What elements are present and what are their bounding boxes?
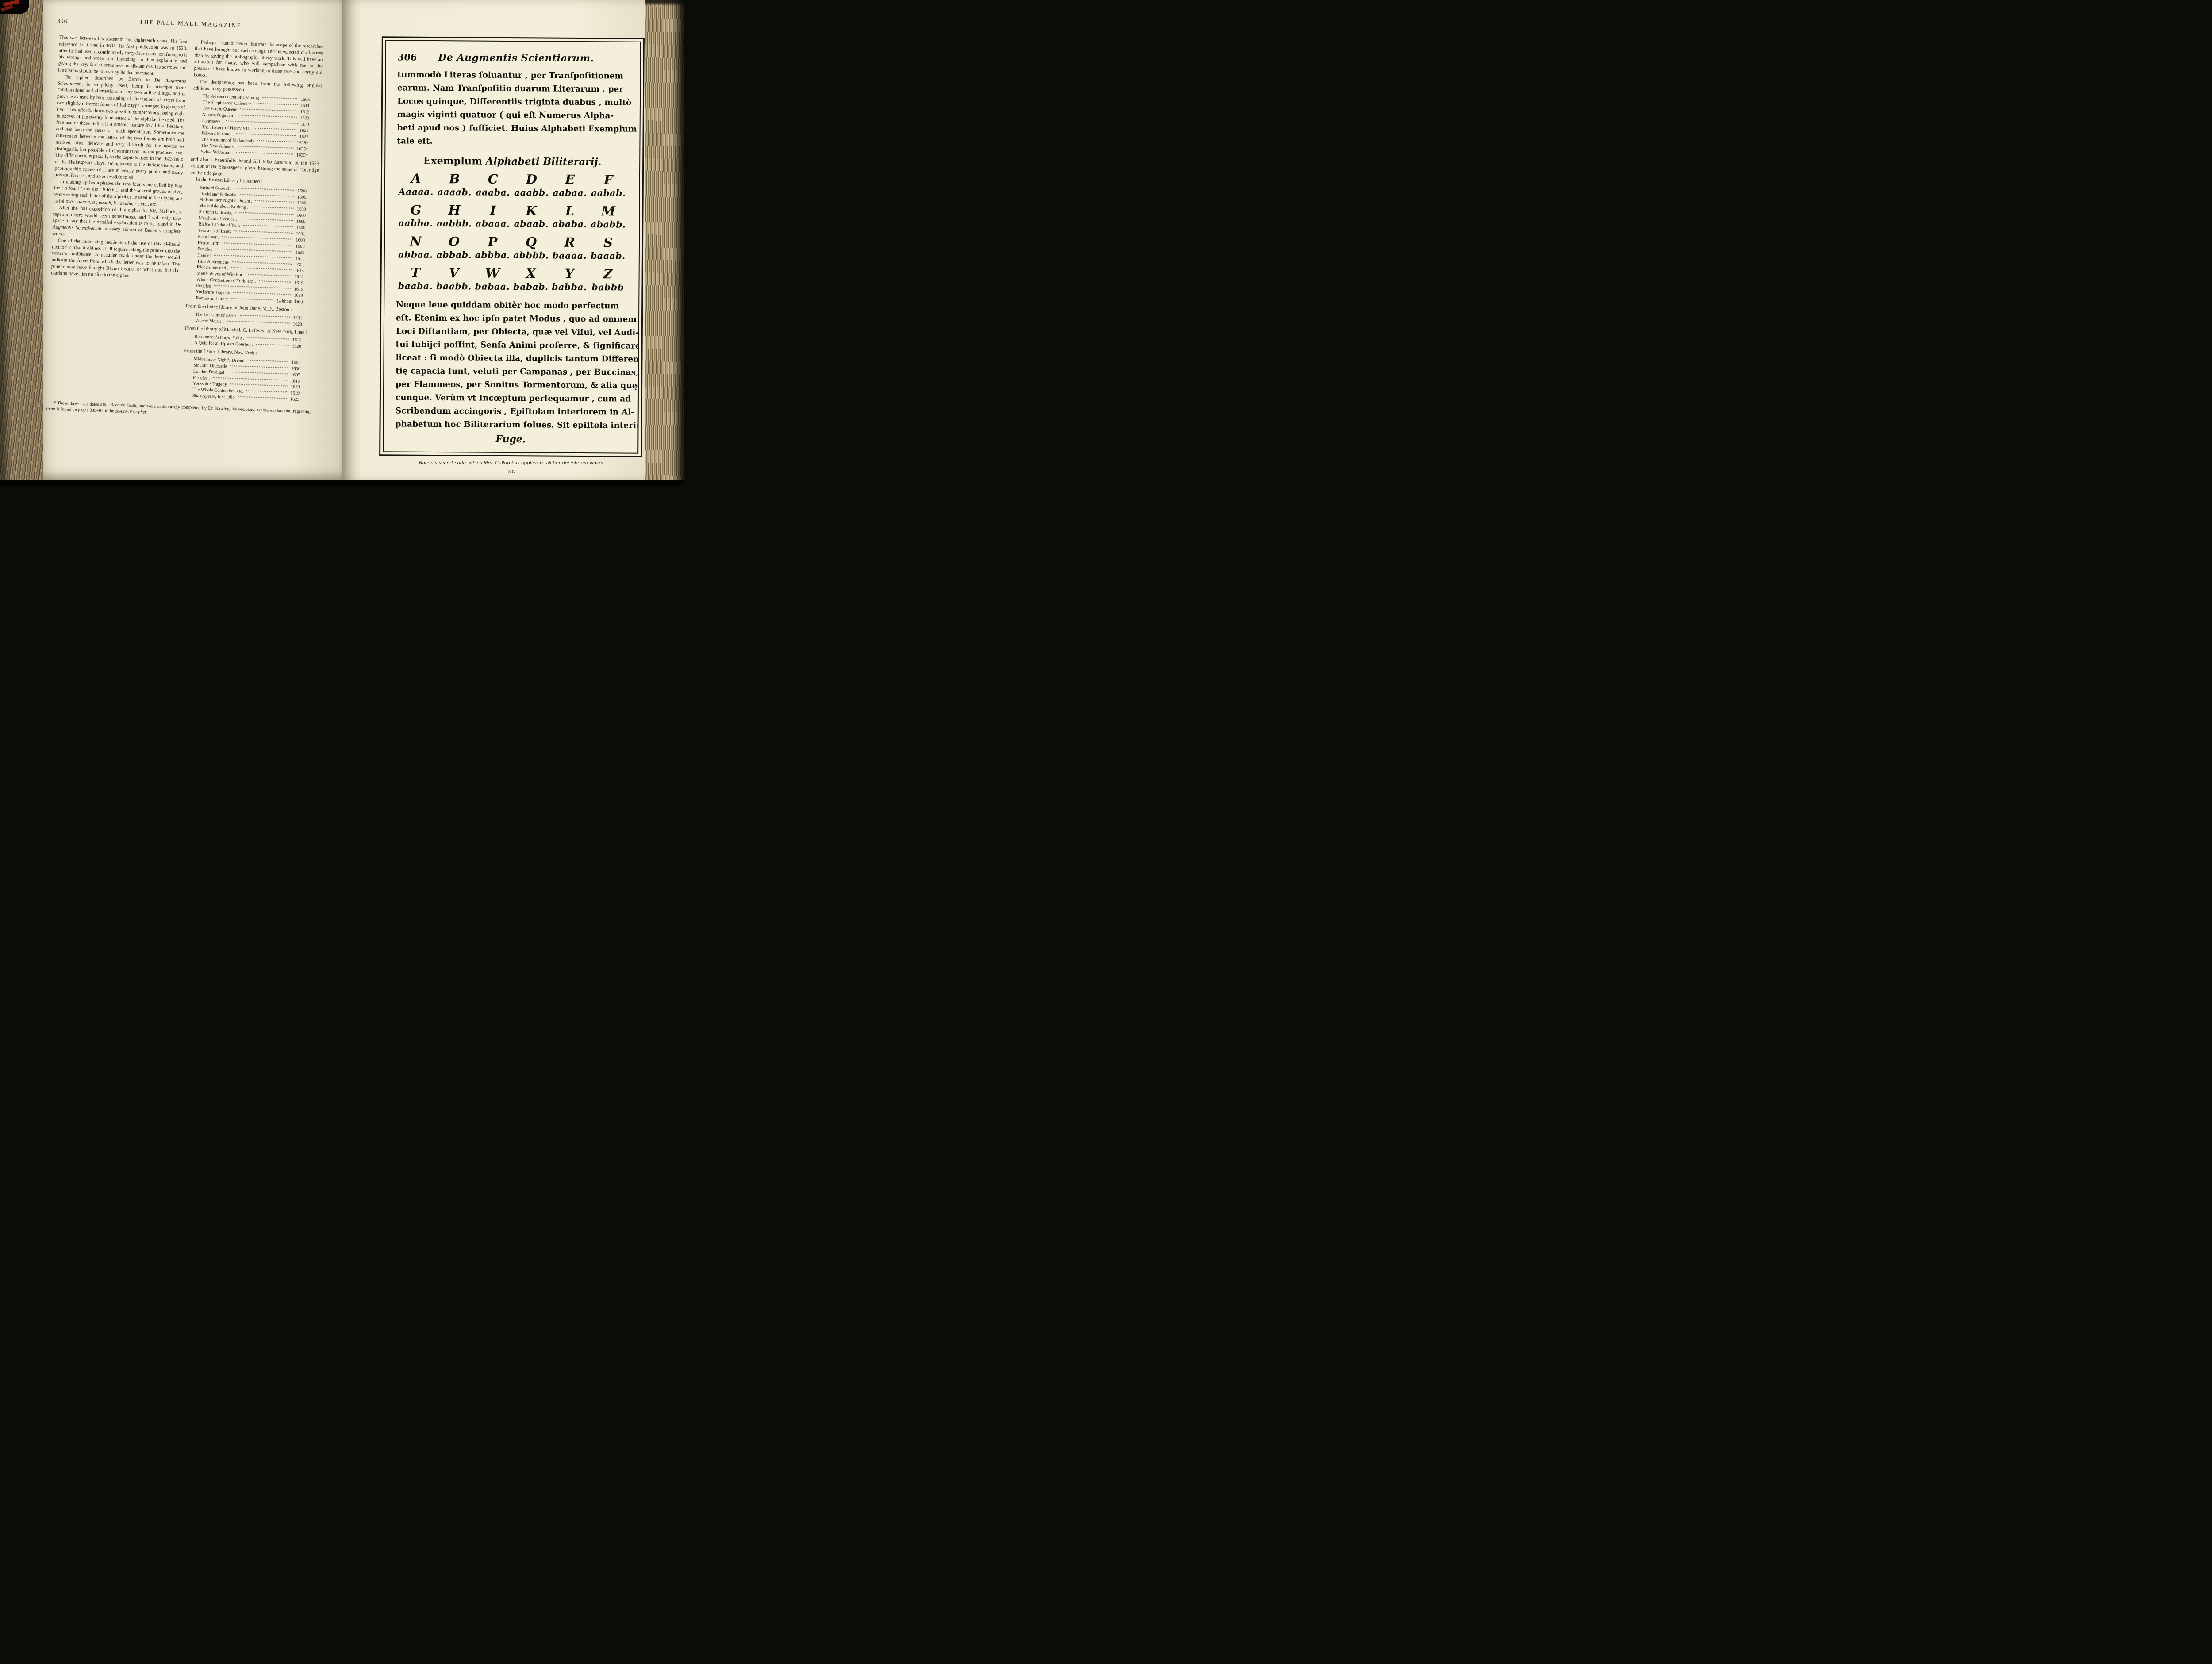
dot-leader — [230, 365, 288, 368]
facsimile-line: beti apud nos ) ſufficiet. Huius Alphabe… — [397, 121, 628, 136]
dot-leader — [223, 242, 292, 246]
facsimile-line: tale eſt. — [397, 134, 628, 149]
cipher-letter: I — [473, 203, 512, 218]
dot-leader — [213, 377, 288, 380]
running-head: THE PALL MALL MAGAZINE. — [60, 16, 324, 32]
alphabet-cell: B aaaab. — [435, 172, 474, 199]
cipher-letter: C — [474, 172, 512, 187]
page-edge-right — [645, 0, 684, 481]
book-year: 1623 — [293, 321, 302, 328]
alphabet-cell: R baaaa. — [550, 235, 589, 262]
left-page-content: 396 THE PALL MALL MAGAZINE. This was bet… — [28, 0, 342, 426]
book-year: 1600 — [296, 225, 305, 232]
cipher-code: baaba. — [396, 280, 434, 292]
alphabet-cell: H aabbb. — [435, 203, 473, 230]
book-year: 1601 — [296, 231, 305, 238]
book-year: 1619 — [291, 384, 300, 391]
book-year: 1619 — [290, 391, 300, 397]
cipher-letter: V — [435, 266, 473, 281]
facsimile-page-number: 306 — [397, 51, 418, 62]
alphabet-cell: W babaa. — [473, 266, 511, 293]
cipher-code: abbaa. — [396, 249, 435, 261]
facsimile-line: tię capacia ſunt, veluti per Campanas , … — [396, 364, 626, 379]
cipher-code: abaaa. — [473, 218, 512, 230]
cipher-letter: N — [396, 234, 435, 249]
facsimile-line: cunque. Verùm vt Incœptum perſequamur , … — [396, 391, 626, 406]
dot-leader — [240, 219, 293, 221]
book-year: 1619 — [291, 378, 300, 385]
dot-leader — [215, 248, 292, 252]
facsimile-paragraph-2: Neque leue quiddam obitèr hoc modo perfe… — [395, 298, 627, 432]
facsimile-header: 306 De Augmentis Scientiarum. — [398, 51, 629, 64]
book-year: 1613 — [300, 109, 309, 116]
facsimile-line: liceat : ſi modò Obiecta illa, duplicis … — [396, 351, 626, 366]
cipher-letter: T — [396, 265, 435, 280]
cipher-code: abbab. — [435, 249, 473, 261]
cipher-letter: P — [473, 234, 512, 249]
cipher-code: Aaaaa. — [397, 186, 435, 198]
dot-leader — [255, 200, 294, 203]
bibliography-list-dane: The Treasons of Essex 1601 Vitæ et Morti… — [195, 311, 302, 327]
book-year: 1622 — [300, 128, 309, 134]
dot-leader — [233, 292, 291, 295]
dot-leader — [227, 320, 290, 323]
dot-leader — [214, 285, 291, 289]
cipher-letter: Y — [550, 267, 589, 282]
alphabet-cell: S baaab. — [589, 235, 627, 262]
cipher-code: aaaab. — [435, 186, 474, 199]
alphabet-cell: C aaaba. — [474, 172, 512, 199]
cipher-letter: Z — [589, 267, 627, 282]
text-column-2: Perhaps I cannot better illustrate the s… — [182, 39, 323, 405]
cipher-code: aabbb. — [435, 218, 473, 230]
alphabet-cell: M ababb. — [589, 204, 627, 231]
book-year: 1601 — [293, 315, 302, 322]
cipher-code: aaaba. — [474, 186, 512, 199]
alphabet-cell: O abbab. — [435, 234, 473, 261]
alphabet-cell: N abbaa. — [396, 234, 435, 261]
text-column-1: This was between his sixteenth and eight… — [47, 35, 188, 401]
book-year: 1605 — [291, 372, 300, 379]
alphabet-cell: Z babbb — [588, 267, 627, 294]
facsimile-line: magis viginti quatuor ( qui eſt Numerus … — [397, 108, 628, 123]
dot-leader — [237, 146, 294, 148]
book-year: 1600 — [296, 219, 306, 226]
book-year: 1600 — [291, 366, 300, 372]
book-year: 1635* — [296, 152, 308, 159]
cipher-letter: S — [589, 235, 627, 250]
dot-leader — [214, 254, 292, 258]
alphabet-cell: Y babba. — [550, 267, 588, 294]
facsimile-line: earum. Nam Tranſpoſitio duarum Literarum… — [397, 81, 628, 96]
paragraph: The cipher, described by Bacon in De Aug… — [54, 73, 186, 183]
book-year: 1623 — [290, 397, 300, 403]
book-year: 1615 — [295, 268, 304, 275]
dot-leader — [246, 274, 292, 276]
dot-leader — [255, 128, 296, 130]
alphabet-cell: D aaabb. — [512, 172, 551, 199]
cipher-letter: K — [512, 203, 550, 219]
dot-leader — [243, 225, 293, 227]
fuge-word: Fuge. — [395, 433, 626, 445]
cipher-letter: X — [512, 266, 550, 281]
facsimile-line: Neque leue quiddam obitèr hoc modo perfe… — [396, 298, 627, 313]
facsimile-line: Scribendum accingoris , Epiſtolam interi… — [396, 404, 626, 419]
dot-leader — [231, 298, 274, 300]
book-title: Pericles . — [193, 375, 210, 381]
cipher-code: abaab. — [512, 218, 550, 230]
facsimile-frame: 306 De Augmentis Scientiarum. tummodò Li… — [379, 36, 645, 457]
page-header: 396 THE PALL MALL MAGAZINE. — [60, 16, 324, 38]
alphabet-row-1: A Aaaaa. B aaaab. C aaaba. — [397, 171, 628, 199]
alphabet-cell: F aabab. — [589, 173, 628, 199]
cipher-code: abbbb. — [512, 249, 550, 262]
cipher-code: aabab. — [589, 187, 628, 199]
bibliography-list-boston: Richard Second . 1598 David and Bethsabe… — [196, 184, 307, 305]
bibliography-list-lefferts: Ben Jonson’s Plays, Folio . 1616 A Quip … — [194, 334, 302, 350]
dot-leader — [240, 314, 290, 317]
book-title: Pericles — [196, 283, 211, 290]
book-year: 1619 — [294, 280, 303, 287]
book-year: 1620 — [300, 115, 309, 122]
book-year: 1605 — [300, 97, 310, 104]
alphabet-row-4: T baaba. V baabb. W babaa. — [396, 265, 627, 293]
dot-leader — [256, 344, 289, 346]
left-page: 396 THE PALL MALL MAGAZINE. This was bet… — [43, 0, 342, 481]
book-title: Hamlet — [197, 252, 211, 259]
facsimile-line: per Flammeos, per Sonitus Tormentorum, &… — [396, 378, 626, 392]
dot-leader — [230, 383, 288, 387]
dot-leader — [259, 280, 291, 283]
alphabet-row-3: N abbaa. O abbab. P abbba. — [396, 234, 627, 262]
cipher-code: baaaa. — [550, 250, 589, 262]
cipher-code: baaab. — [589, 250, 627, 262]
dot-leader — [234, 230, 293, 234]
cipher-code: aabaa. — [551, 187, 589, 199]
alphabet-cell: Q abbbb. — [512, 235, 550, 262]
paragraph: One of the interesting incidents of the … — [51, 237, 180, 281]
facsimile-line: eſt. Etenim ex hoc ipſo patet Modus , qu… — [396, 311, 627, 326]
book-title: Sylva Sylvarum . — [201, 149, 233, 156]
alphabet-cell: I abaaa. — [473, 203, 512, 230]
cipher-letter: M — [589, 204, 627, 219]
dot-leader — [250, 360, 288, 362]
alphabet-cell: E aabaa. — [551, 173, 589, 199]
right-page: 306 De Augmentis Scientiarum. tummodò Li… — [342, 0, 645, 481]
book-year: 1608 — [296, 237, 305, 244]
bibliography-list-own-editions: The Advancement of Learning 1605 The She… — [201, 93, 310, 158]
book-year: (without date) — [277, 298, 303, 305]
dot-leader — [232, 261, 292, 264]
book-year: 16:0 — [301, 122, 309, 128]
dot-leader — [257, 103, 298, 105]
alphabet-cell: X babab. — [511, 266, 550, 293]
cipher-code: babaa. — [473, 280, 511, 293]
bibliography-list-lenox: Midsummer Night’s Dream . 1600 Sir John … — [192, 356, 300, 403]
paragraph: Perhaps I cannot better illustrate the s… — [194, 39, 323, 83]
book-year: 1608 — [296, 243, 305, 250]
dot-leader — [251, 207, 294, 209]
alphabet-cell: L ababa. — [550, 204, 589, 231]
book-year: 1622 — [299, 134, 308, 140]
facsimile-title: De Augmentis Scientiarum. — [417, 52, 615, 65]
photo-bottom-band — [0, 480, 684, 486]
paragraph: This was between his sixteenth and eight… — [58, 35, 188, 78]
book-year: 1600 — [291, 360, 300, 366]
dot-leader — [238, 396, 287, 399]
cipher-code: ababb. — [589, 219, 627, 231]
alphabet-cell: K abaab. — [512, 203, 550, 230]
cipher-letter: A — [397, 171, 435, 186]
book-year: 1600 — [296, 213, 306, 219]
cipher-code: ababa. — [550, 219, 589, 231]
book-title: Pericles — [197, 246, 212, 253]
book-year: 1635* — [296, 146, 308, 153]
book-year: 1611 — [295, 262, 304, 268]
dot-leader — [227, 371, 288, 374]
cipher-letter: D — [512, 172, 551, 187]
book-year: 1611 — [295, 256, 304, 262]
cipher-letter: E — [551, 173, 589, 188]
cipher-letter: R — [550, 235, 589, 250]
cipher-code: abbba. — [473, 249, 512, 261]
dot-leader — [247, 337, 289, 340]
alphabet-cell: T baaba. — [396, 265, 434, 292]
dot-leader — [234, 188, 294, 191]
figure-caption: Bacon’s secret code, which Mrs. Gallup h… — [380, 460, 643, 466]
book-year: 1620 — [292, 344, 301, 350]
cipher-code: babab. — [511, 281, 550, 293]
paragraph: In making up his alphabet the two founts… — [54, 178, 183, 209]
cipher-letter: G — [396, 203, 435, 218]
dot-leader — [240, 109, 297, 111]
book-title: Romeo and Juliet — [196, 295, 228, 303]
facsimile-line: tui ſubijci poſſint, Senſa Animi proferr… — [396, 338, 627, 353]
book-year: 1619 — [294, 287, 303, 293]
cipher-code: babbb — [588, 281, 627, 294]
facsimile-line: Loci Diſtantiam, per Obiecta, quæ vel Vi… — [396, 325, 627, 339]
dot-leader — [257, 140, 294, 142]
cipher-letter: O — [435, 234, 473, 249]
book-year: 1599 — [297, 194, 307, 201]
page-number: 397 — [380, 469, 643, 475]
alphabet-cell: A Aaaaa. — [397, 171, 435, 198]
book-spread-photo: 396 THE PALL MALL MAGAZINE. This was bet… — [0, 0, 684, 486]
book-year: 1600 — [297, 200, 306, 207]
book-year: 1600 — [297, 207, 306, 213]
cipher-letter: H — [435, 203, 473, 218]
exemplum-heading: Exemplum Alphabeti Biliterarij. — [397, 155, 628, 168]
dot-leader — [262, 97, 298, 100]
dot-leader — [231, 267, 292, 270]
dot-leader — [235, 212, 293, 215]
dot-leader — [239, 194, 294, 196]
paragraph: After the full exposition of this cipher… — [52, 204, 181, 242]
book-title: Vitæ et Mortis . — [195, 318, 224, 325]
cipher-letter: F — [589, 173, 628, 188]
book-year: 1619 — [294, 274, 303, 281]
cipher-code: aaabb. — [512, 187, 551, 199]
book-title: Shakespeare, first folio — [192, 393, 235, 401]
dot-leader — [236, 152, 293, 155]
book-year: 1598 — [297, 188, 307, 195]
book-year: 1611 — [300, 103, 310, 110]
facsimile-line: tummodò Literas ſoluantur , per Tranſpoſ… — [397, 68, 628, 83]
book-year: 1619 — [294, 292, 303, 299]
book-year: 1609 — [295, 249, 304, 256]
cipher-letter: Q — [512, 235, 550, 250]
alphabet-cell: P abbba. — [473, 234, 512, 261]
book-year: 1616 — [292, 337, 301, 344]
dot-leader — [226, 120, 298, 124]
dot-leader — [238, 115, 297, 118]
cipher-letter: B — [435, 172, 474, 187]
cipher-code: babba. — [550, 281, 588, 294]
cipher-letter: W — [473, 266, 512, 281]
cipher-code: aabba. — [396, 217, 435, 230]
alphabet-cell: V baabb. — [434, 266, 473, 293]
cipher-code: baabb. — [434, 280, 473, 293]
alphabet-cell: G aabba. — [396, 203, 435, 230]
cipher-letter: L — [550, 204, 589, 219]
dot-leader — [236, 133, 296, 136]
facsimile-line: phabetum hoc Biliterarium ſolues. Sit ep… — [395, 418, 626, 432]
alphabet-row-2: G aabba. H aabbb. I abaaa. — [396, 203, 627, 230]
book-year: 1628* — [297, 140, 308, 146]
dot-leader — [222, 236, 293, 240]
facsimile-line: Locos quinque, Differentiis triginta dua… — [397, 95, 628, 109]
dot-leader — [246, 391, 287, 393]
facsimile-content: 306 De Augmentis Scientiarum. tummodò Li… — [383, 40, 641, 454]
facsimile-paragraph-1: tummodò Literas ſoluantur , per Tranſpoſ… — [397, 68, 628, 149]
